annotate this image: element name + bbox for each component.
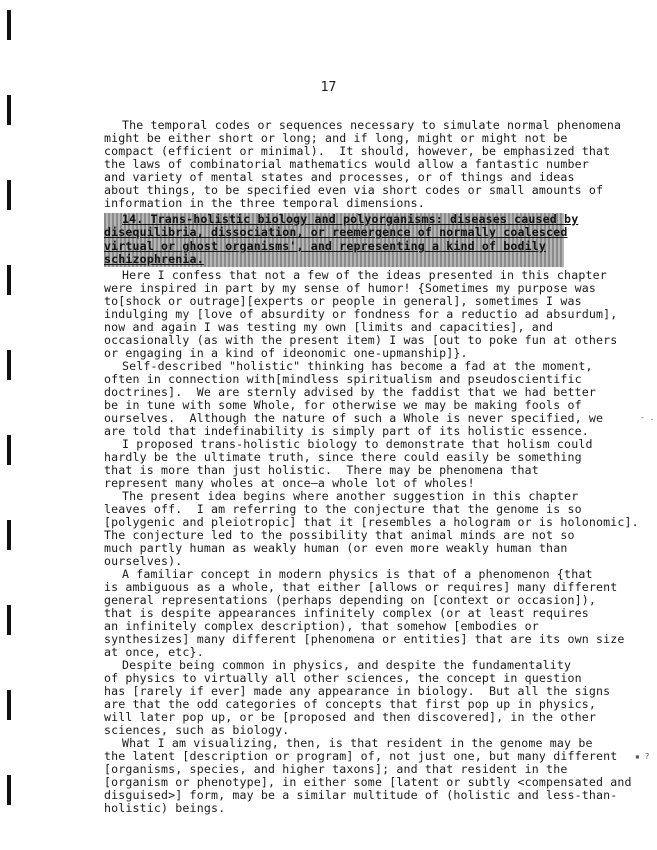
text-line: [organism or phenotype], in either some … xyxy=(104,776,604,789)
text-line: doctrines]. We are sternly advised by th… xyxy=(104,386,604,399)
text-line: that is more than just holistic. There m… xyxy=(104,464,604,477)
text-line: Self-described "holistic" thinking has b… xyxy=(104,360,604,373)
text-line: that is despite appearances infinitely c… xyxy=(104,607,604,620)
paragraph: What I am visualizing, then, is that res… xyxy=(104,737,604,815)
text-line: schizophrenia. xyxy=(104,253,564,266)
text-line: indulging my [love of absurdity or fondn… xyxy=(104,308,604,321)
text-line: are that the odd categories of concepts … xyxy=(104,698,604,711)
scan-mark xyxy=(7,180,11,210)
text-line: be in tune with some Whole, for otherwis… xyxy=(104,399,604,412)
text-line: has [rarely if ever] made any appearance… xyxy=(104,685,604,698)
paragraph: Here I confess that not a few of the ide… xyxy=(104,269,604,360)
text-line: is ambiguous as a whole, that either [al… xyxy=(104,581,604,594)
text-line: 14. Trans-holistic biology and polyorgan… xyxy=(104,213,564,226)
paragraph: Despite being common in physics, and des… xyxy=(104,659,604,737)
text-line: information in the three temporal dimens… xyxy=(104,197,604,210)
text-line: I proposed trans-holistic biology to dem… xyxy=(104,438,604,451)
scan-mark xyxy=(7,435,11,465)
text-line: or engaging in a kind of ideonomic one-u… xyxy=(104,347,604,360)
scan-mark xyxy=(7,605,11,635)
text-line: the latent [description or program] of, … xyxy=(104,750,604,763)
text-line: [polygenic and pleiotropic] that it [res… xyxy=(104,516,604,529)
text-line: at once, etc}. xyxy=(104,646,604,659)
scan-mark xyxy=(7,265,11,295)
text-line: [organisms, species, and higher taxons];… xyxy=(104,763,604,776)
text-line: ourselves. Although the nature of such a… xyxy=(104,412,604,425)
scan-mark xyxy=(7,95,11,125)
text-line: Despite being common in physics, and des… xyxy=(104,659,604,672)
paragraph: A familiar concept in modern physics is … xyxy=(104,568,604,659)
paragraph: Self-described "holistic" thinking has b… xyxy=(104,360,604,438)
text-line: disequilibria, dissociation, or reemerge… xyxy=(104,226,564,239)
document-body: The temporal codes or sequences necessar… xyxy=(104,119,604,815)
text-line: synthesizes] many different [phenomena o… xyxy=(104,633,604,646)
text-line: leaves off. I am referring to the conjec… xyxy=(104,503,604,516)
text-line: occasionally (as with the present item) … xyxy=(104,334,604,347)
text-line: will later pop up, or be [proposed and t… xyxy=(104,711,604,724)
text-line: A familiar concept in modern physics is … xyxy=(104,568,604,581)
text-line: often in connection with[mindless spirit… xyxy=(104,373,604,386)
text-line: general representations (perhaps dependi… xyxy=(104,594,604,607)
text-line: much partly human as weakly human (or ev… xyxy=(104,542,604,555)
body-paragraphs: Here I confess that not a few of the ide… xyxy=(104,269,604,815)
text-line: represent many wholes at once—a whole lo… xyxy=(104,477,604,490)
paragraph: I proposed trans-holistic biology to dem… xyxy=(104,438,604,490)
text-line: disguised>] form, may be a similar multi… xyxy=(104,789,604,802)
text-line: sciences, such as biology. xyxy=(104,724,604,737)
page-number: 17 xyxy=(0,80,657,95)
text-line: to[shock or outrage][experts or people i… xyxy=(104,295,604,308)
scan-mark xyxy=(7,520,11,550)
text-line: ourselves). xyxy=(104,555,604,568)
paragraph: The present idea begins where another su… xyxy=(104,490,604,568)
text-line: Here I confess that not a few of the ide… xyxy=(104,269,604,282)
section-heading: 14. Trans-holistic biology and polyorgan… xyxy=(104,213,564,267)
text-line: virtual or ghost organisms', and represe… xyxy=(104,240,564,253)
intro-paragraph: The temporal codes or sequences necessar… xyxy=(104,119,604,210)
scan-margin-marks xyxy=(7,0,13,850)
text-line: holistic) beings. xyxy=(104,802,604,815)
scan-speck: ▪ ? xyxy=(635,752,649,761)
scan-mark xyxy=(7,775,11,805)
scan-speck: - . xyxy=(640,413,654,422)
text-line: were inspired in part by my sense of hum… xyxy=(104,282,604,295)
text-line: The present idea begins where another su… xyxy=(104,490,604,503)
text-line: The conjecture led to the possibility th… xyxy=(104,529,604,542)
text-line: are told that indefinability is simply p… xyxy=(104,425,604,438)
scan-mark xyxy=(7,350,11,380)
text-line: of physics to virtually all other scienc… xyxy=(104,672,604,685)
text-line: What I am visualizing, then, is that res… xyxy=(104,737,604,750)
scan-mark xyxy=(7,10,11,40)
text-line: now and again I was testing my own [limi… xyxy=(104,321,604,334)
scan-mark xyxy=(7,690,11,720)
text-line: an infinitely complex description), that… xyxy=(104,620,604,633)
text-line: hardly be the ultimate truth, since ther… xyxy=(104,451,604,464)
